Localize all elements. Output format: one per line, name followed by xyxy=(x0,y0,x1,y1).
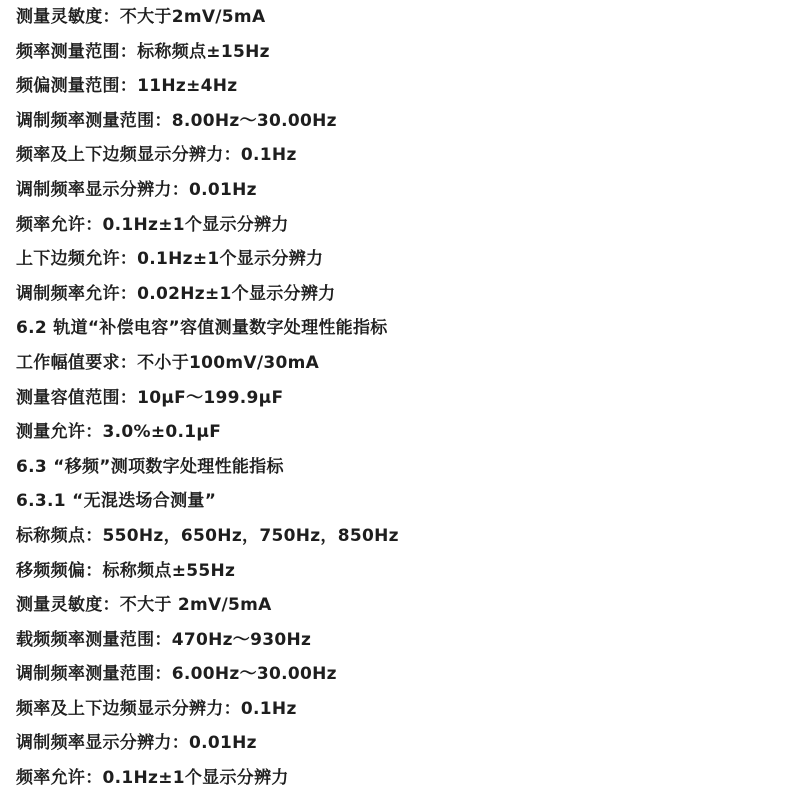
spec-line-modulation-tolerance: 调制频率允许：0.02Hz±1个显示分辨力 xyxy=(16,277,399,312)
spec-line-modulation-range-2: 调制频率测量范围：6.00Hz～30.00Hz xyxy=(16,657,399,692)
spec-line-sensitivity-2: 测量灵敏度：不大于 2mV/5mA xyxy=(16,588,399,623)
spec-line-fsk-deviation: 移频频偏：标称频点±55Hz xyxy=(16,554,399,589)
spec-line-sideband-resolution-2: 频率及上下边频显示分辨力：0.1Hz xyxy=(16,692,399,727)
spec-line-modulation-range: 调制频率测量范围：8.00Hz～30.00Hz xyxy=(16,104,399,139)
section-heading-6-3-1: 6.3.1 “无混迭场合测量” xyxy=(16,484,399,519)
spec-line-capacitance-range: 测量容值范围：10μF～199.9μF xyxy=(16,381,399,416)
spec-line-frequency-tolerance: 频率允许：0.1Hz±1个显示分辨力 xyxy=(16,208,399,243)
spec-line-deviation-range: 频偏测量范围：11Hz±4Hz xyxy=(16,69,399,104)
spec-document: 测量灵敏度：不大于2mV/5mA 频率测量范围：标称频点±15Hz 频偏测量范围… xyxy=(16,0,399,796)
spec-line-capacitance-tolerance: 测量允许：3.0%±0.1μF xyxy=(16,415,399,450)
spec-line-modulation-resolution: 调制频率显示分辨力：0.01Hz xyxy=(16,173,399,208)
spec-line-working-amplitude: 工作幅值要求：不小于100mV/30mA xyxy=(16,346,399,381)
section-heading-6-2: 6.2 轨道“补偿电容”容值测量数字处理性能指标 xyxy=(16,311,399,346)
spec-line-nominal-frequencies: 标称频点：550Hz，650Hz，750Hz，850Hz xyxy=(16,519,399,554)
spec-line-frequency-tolerance-2: 频率允许：0.1Hz±1个显示分辨力 xyxy=(16,761,399,796)
spec-line-sideband-tolerance: 上下边频允许：0.1Hz±1个显示分辨力 xyxy=(16,242,399,277)
section-heading-6-3: 6.3 “移频”测项数字处理性能指标 xyxy=(16,450,399,485)
spec-line-sensitivity: 测量灵敏度：不大于2mV/5mA xyxy=(16,0,399,35)
spec-line-sideband-resolution: 频率及上下边频显示分辨力：0.1Hz xyxy=(16,138,399,173)
spec-line-frequency-range: 频率测量范围：标称频点±15Hz xyxy=(16,35,399,70)
spec-line-modulation-resolution-2: 调制频率显示分辨力：0.01Hz xyxy=(16,726,399,761)
spec-line-carrier-range: 载频频率测量范围：470Hz～930Hz xyxy=(16,623,399,658)
